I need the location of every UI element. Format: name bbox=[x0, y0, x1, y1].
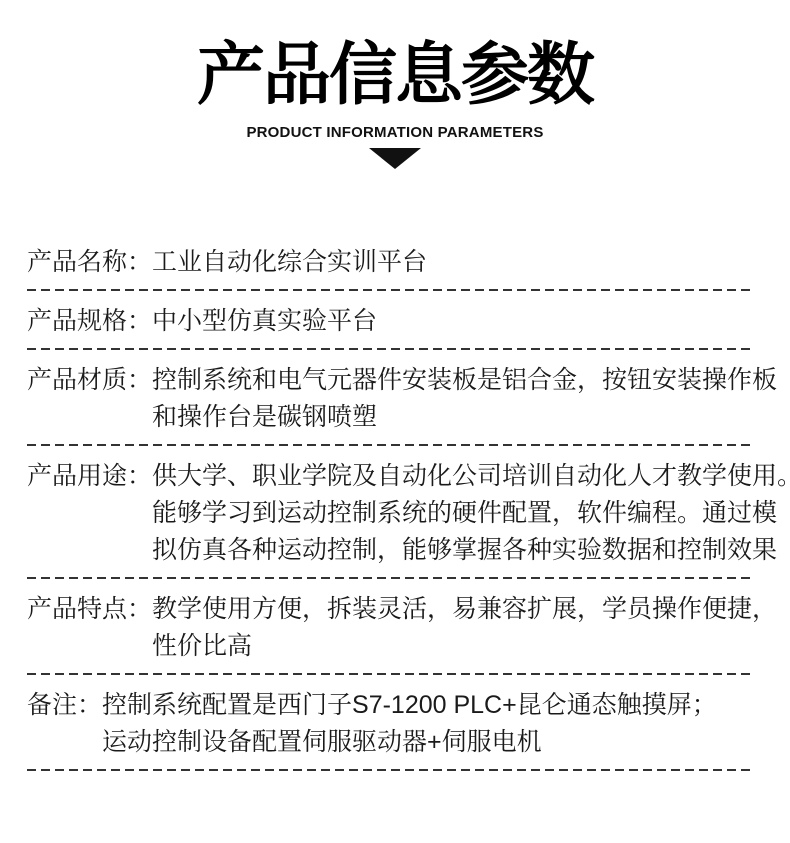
spec-row-product-material: 产品材质： 控制系统和电气元器件安装板是铝合金，按钮安装操作板 和操作台是碳钢喷… bbox=[27, 350, 755, 444]
spec-row-product-spec: 产品规格： 中小型仿真实验平台 bbox=[27, 291, 755, 348]
dashed-divider bbox=[27, 769, 755, 771]
spec-value: 供大学、职业学院及自动化公司培训自动化人才教学使用。 能够学习到运动控制系统的硬… bbox=[152, 458, 790, 569]
spec-list: 产品名称： 工业自动化综合实训平台 产品规格： 中小型仿真实验平台 产品材质： … bbox=[27, 232, 755, 771]
spec-label: 产品名称： bbox=[27, 244, 152, 281]
spec-label: 产品特点： bbox=[27, 591, 152, 628]
spec-label: 产品材质： bbox=[27, 362, 152, 399]
product-info-page: 产品信息参数 PRODUCT INFORMATION PARAMETERS 产品… bbox=[0, 0, 790, 843]
spec-label: 产品用途： bbox=[27, 458, 152, 495]
spec-row-product-name: 产品名称： 工业自动化综合实训平台 bbox=[27, 232, 755, 289]
spec-value: 控制系统配置是西门子S7-1200 PLC+昆仑通态触摸屏； 运动控制设备配置伺… bbox=[102, 687, 755, 761]
page-subtitle: PRODUCT INFORMATION PARAMETERS bbox=[0, 124, 790, 142]
page-header: 产品信息参数 PRODUCT INFORMATION PARAMETERS bbox=[0, 0, 790, 169]
spec-label: 备注： bbox=[27, 687, 102, 724]
page-title: 产品信息参数 bbox=[0, 40, 790, 111]
spec-row-remarks: 备注： 控制系统配置是西门子S7-1200 PLC+昆仑通态触摸屏； 运动控制设… bbox=[27, 675, 755, 769]
spec-row-product-features: 产品特点： 教学使用方便，拆装灵活，易兼容扩展，学员操作便捷， 性价比高 bbox=[27, 579, 755, 673]
spec-value: 教学使用方便，拆装灵活，易兼容扩展，学员操作便捷， 性价比高 bbox=[152, 591, 777, 665]
spec-row-product-usage: 产品用途： 供大学、职业学院及自动化公司培训自动化人才教学使用。 能够学习到运动… bbox=[27, 446, 755, 577]
triangle-down-icon bbox=[369, 148, 421, 169]
spec-label: 产品规格： bbox=[27, 303, 152, 340]
spec-value: 工业自动化综合实训平台 bbox=[152, 244, 755, 281]
spec-value: 控制系统和电气元器件安装板是铝合金，按钮安装操作板 和操作台是碳钢喷塑 bbox=[152, 362, 777, 436]
spec-value: 中小型仿真实验平台 bbox=[152, 303, 755, 340]
